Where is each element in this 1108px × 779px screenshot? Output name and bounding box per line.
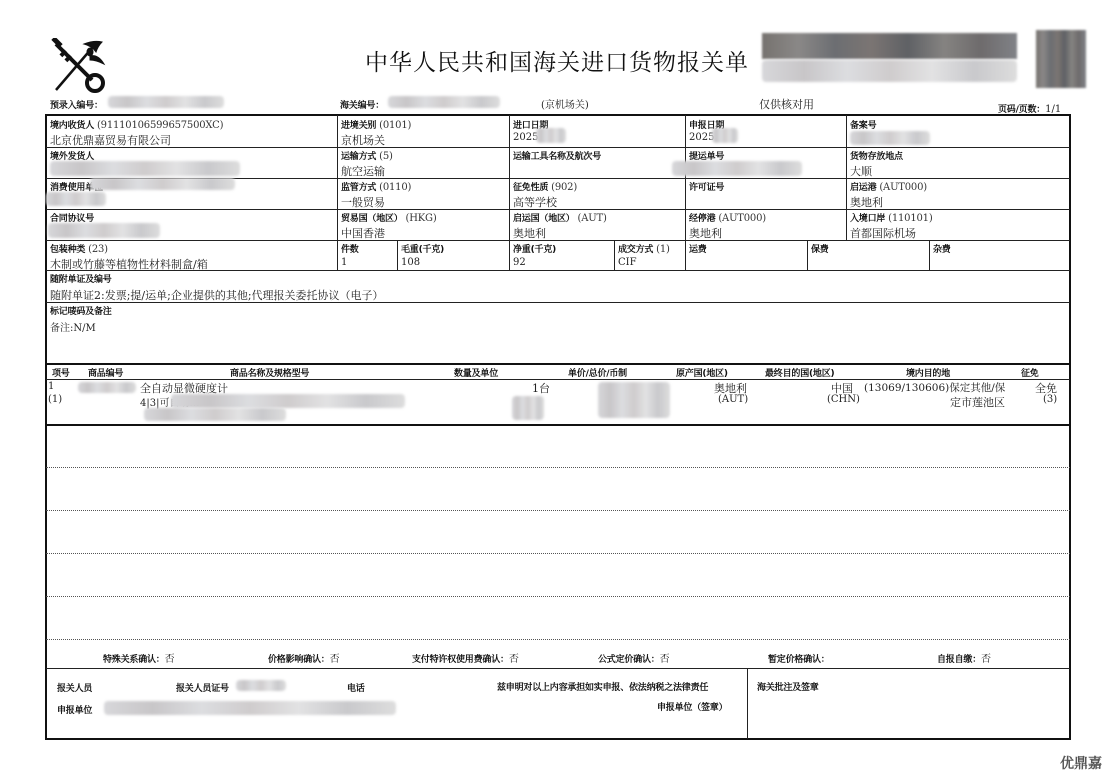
customs-note-label: 海关批注及签章 (757, 680, 819, 693)
domestic-dest-line2: 定市莲池区 (950, 394, 1005, 410)
col-header-origin: 原产国(地区) (676, 366, 728, 379)
document-title: 中华人民共和国海关进口货物报关单 (365, 44, 749, 77)
seal-label: 申报单位（签章） (657, 700, 727, 713)
redacted-contract-no (48, 223, 160, 238)
final-dest-country-code: (CHN) (827, 394, 860, 405)
pieces-value: 1 (341, 257, 347, 268)
col-header-final-dest: 最终目的国(地区) (765, 366, 834, 379)
redacted-overseas-consignor (50, 161, 240, 176)
declaration-statement: 兹申明对以上内容承担如实申报、依法纳税之法律责任 (497, 680, 708, 693)
package-type-value: 木制或竹藤等植物性材料制盒/箱 (50, 256, 208, 272)
supervision-mode-field: 监管方式 (0110) (341, 180, 411, 193)
col-header-domestic-dest: 境内目的地 (906, 366, 950, 379)
col-header-hs-code: 商品编号 (88, 366, 123, 379)
redacted-barcode (762, 33, 1017, 59)
redacted-import-date (536, 128, 566, 143)
redacted-bill-no (672, 161, 802, 176)
entry-customs-value: 京机场关 (341, 132, 385, 148)
redacted-quantity-2 (512, 396, 544, 420)
quantity: 1台 (532, 380, 550, 396)
import-date-value: 2025 (513, 132, 538, 143)
col-header-quantity: 数量及单位 (454, 366, 498, 379)
declaring-unit-label: 申报单位 (57, 703, 92, 716)
consignee-value: 北京优鼎嘉贸易有限公司 (50, 132, 171, 148)
transit-port-value: 奥地利 (689, 225, 722, 241)
departure-port-value: 奥地利 (850, 194, 883, 210)
entry-customs-field: 进境关别 (0101) (341, 118, 411, 131)
confirm-self-declare: 自报自缴：否 (937, 647, 991, 666)
departure-port-field: 启运港 (AUT000) (850, 180, 927, 193)
trade-country-value: 中国香港 (341, 225, 385, 241)
supervision-mode-value: 一般贸易 (341, 194, 385, 210)
transport-name-label: 运输工具名称及航次号 (513, 149, 601, 162)
declarant-cert-label: 报关人员证号 (176, 681, 229, 694)
redacted-declare-date (712, 128, 738, 143)
transport-mode-value: 航空运输 (341, 163, 385, 179)
transaction-mode-value: CIF (618, 257, 637, 268)
redacted-record-no (850, 131, 930, 145)
record-no-label: 备案号 (850, 118, 876, 131)
customs-emblem-icon (50, 38, 108, 94)
domestic-dest: (13069/130606)保定其他/保 (864, 380, 1005, 395)
departure-country-value: 奥地利 (513, 225, 546, 241)
transport-mode-field: 运输方式 (5) (341, 149, 393, 162)
redacted-declarant-cert (236, 680, 286, 691)
brand-watermark: 优鼎嘉 (1060, 753, 1102, 773)
misc-fee-label: 杂费 (933, 242, 951, 255)
storage-place-label: 货物存放地点 (850, 149, 903, 162)
redacted-hs-code (78, 382, 136, 393)
consignee-field: 境内收货人 (91110106599657500XC) (50, 118, 223, 131)
levy-nature-value: 高等学校 (513, 194, 557, 210)
declaration-form (45, 114, 1071, 740)
phone-label: 电话 (347, 681, 365, 694)
redacted-consumer-unit-value (46, 192, 106, 206)
item-no: 1 (48, 381, 54, 392)
redacted-declaring-unit (104, 701, 396, 715)
marks-label: 标记唛码及备注 (50, 304, 112, 317)
redacted-pre-entry-no (108, 96, 224, 108)
marks-value: 备注:N/M (50, 319, 96, 334)
customs-office-note: (京机场关) (541, 96, 589, 111)
verification-note: 仅供核对用 (759, 96, 814, 112)
insurance-label: 保费 (811, 242, 829, 255)
redacted-spec (171, 394, 405, 408)
confirm-royalty: 支付特许权使用费确认：否 (412, 647, 519, 666)
pre-entry-no-label: 预录入编号： (50, 98, 103, 111)
license-no-label: 许可证号 (689, 180, 724, 193)
item-sub-no: (1) (48, 394, 62, 405)
entry-port-value: 首都国际机场 (850, 225, 916, 241)
confirm-price-influence: 价格影响确认：否 (268, 647, 340, 666)
declare-date-value: 2025 (689, 132, 714, 143)
levy-code: (3) (1043, 394, 1057, 405)
origin-code: (AUT) (718, 394, 748, 405)
pieces-label: 件数 (341, 242, 359, 255)
storage-place-value: 大顺 (850, 163, 872, 179)
trade-country-field: 贸易国（地区） (HKG) (341, 211, 437, 224)
col-header-item-no: 项号 (52, 366, 70, 379)
confirm-provisional-price: 暂定价格确认： (768, 647, 830, 666)
attached-docs-value: 随附单证2:发票;提/运单;企业提供的其他;代理报关委托协议（电子） (50, 287, 384, 303)
col-header-name-spec: 商品名称及规格型号 (230, 366, 309, 379)
table-row: 1 (1) 全自动显微硬度计 4|3|可自动… 1台 奥地利 (AUT) 中国 … (46, 380, 1070, 424)
confirm-formula-pricing: 公式定价确认：否 (598, 647, 670, 666)
redacted-price (598, 382, 670, 418)
redacted-consumer-unit (90, 178, 235, 190)
freight-label: 运费 (689, 242, 707, 255)
confirm-special-relation: 特殊关系确认：否 (103, 647, 175, 666)
redacted-spec-line3 (144, 408, 286, 421)
entry-port-field: 入境口岸 (110101) (850, 211, 933, 224)
package-type-field: 包装种类 (23) (50, 242, 108, 255)
gross-weight-label: 毛重(千克) (401, 242, 444, 255)
col-header-price: 单价/总价/币制 (568, 366, 627, 379)
net-weight-label: 净重(千克) (513, 242, 556, 255)
col-header-levy: 征免 (1021, 366, 1039, 379)
attached-docs-label: 随附单证及编号 (50, 272, 112, 285)
redacted-qr-code (1036, 30, 1086, 88)
declarant-label: 报关人员 (57, 681, 92, 694)
departure-country-field: 启运国（地区） (AUT) (513, 211, 607, 224)
transaction-mode-field: 成交方式 (1) (618, 242, 670, 255)
levy-nature-field: 征免性质 (902) (513, 180, 577, 193)
transit-port-field: 经停港 (AUT000) (689, 211, 766, 224)
gross-weight-value: 108 (401, 257, 420, 268)
redacted-customs-no (388, 96, 500, 108)
net-weight-value: 92 (513, 257, 526, 268)
customs-no-label: 海关编号： (340, 98, 384, 111)
redacted-barcode-lower (762, 60, 1017, 82)
